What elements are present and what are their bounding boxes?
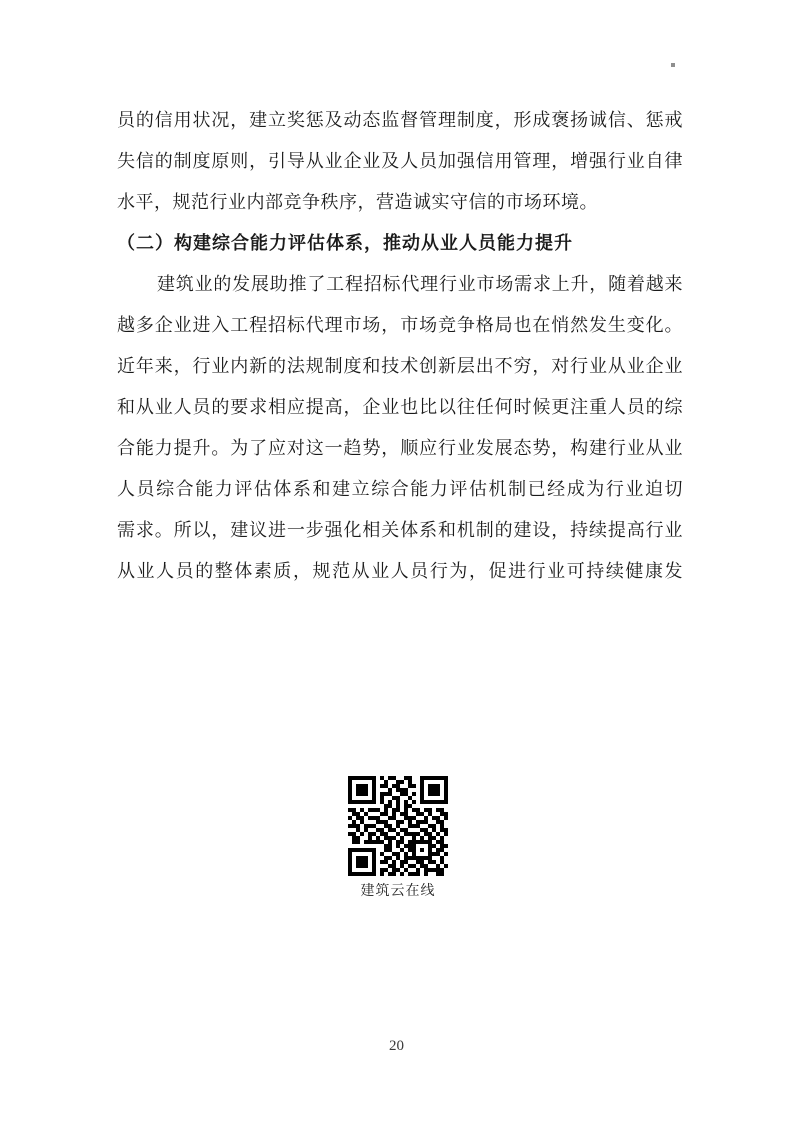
qr-caption: 建筑云在线 xyxy=(328,880,468,900)
text-line: 建筑业的发展助推了工程招标代理行业市场需求上升，随着越来 xyxy=(117,264,683,305)
text-line: 近年来，行业内新的法规制度和技术创新层出不穷，对行业从业企业 xyxy=(117,346,683,387)
text-line: 失信的制度原则，引导从业企业及人员加强信用管理，增强行业自律 xyxy=(117,141,683,182)
text-line: 合能力提升。为了应对这一趋势，顺应行业发展态势，构建行业从业 xyxy=(117,428,683,469)
qr-code-image xyxy=(348,776,448,876)
qr-code xyxy=(348,776,448,876)
stray-mark xyxy=(671,63,675,67)
page-number: 20 xyxy=(0,1038,793,1055)
section-heading: （二）构建综合能力评估体系，推动从业人员能力提升 xyxy=(117,223,683,264)
text-line: 人员综合能力评估体系和建立综合能力评估机制已经成为行业迫切 xyxy=(117,469,683,510)
document-page: 员的信用状况，建立奖惩及动态监督管理制度，形成褒扬诚信、惩戒 失信的制度原则，引… xyxy=(0,0,793,1122)
text-line: 从业人员的整体素质，规范从业人员行为，促进行业可持续健康发展。 xyxy=(117,551,683,592)
text-line: 水平，规范行业内部竞争秩序，营造诚实守信的市场环境。 xyxy=(117,182,683,223)
text-line: 越多企业进入工程招标代理市场，市场竞争格局也在悄然发生变化。 xyxy=(117,305,683,346)
text-line: 需求。所以，建议进一步强化相关体系和机制的建设，持续提高行业 xyxy=(117,510,683,551)
text-block: 员的信用状况，建立奖惩及动态监督管理制度，形成褒扬诚信、惩戒 失信的制度原则，引… xyxy=(117,100,683,592)
text-line: 员的信用状况，建立奖惩及动态监督管理制度，形成褒扬诚信、惩戒 xyxy=(117,100,683,141)
text-line: 和从业人员的要求相应提高，企业也比以往任何时候更注重人员的综 xyxy=(117,387,683,428)
